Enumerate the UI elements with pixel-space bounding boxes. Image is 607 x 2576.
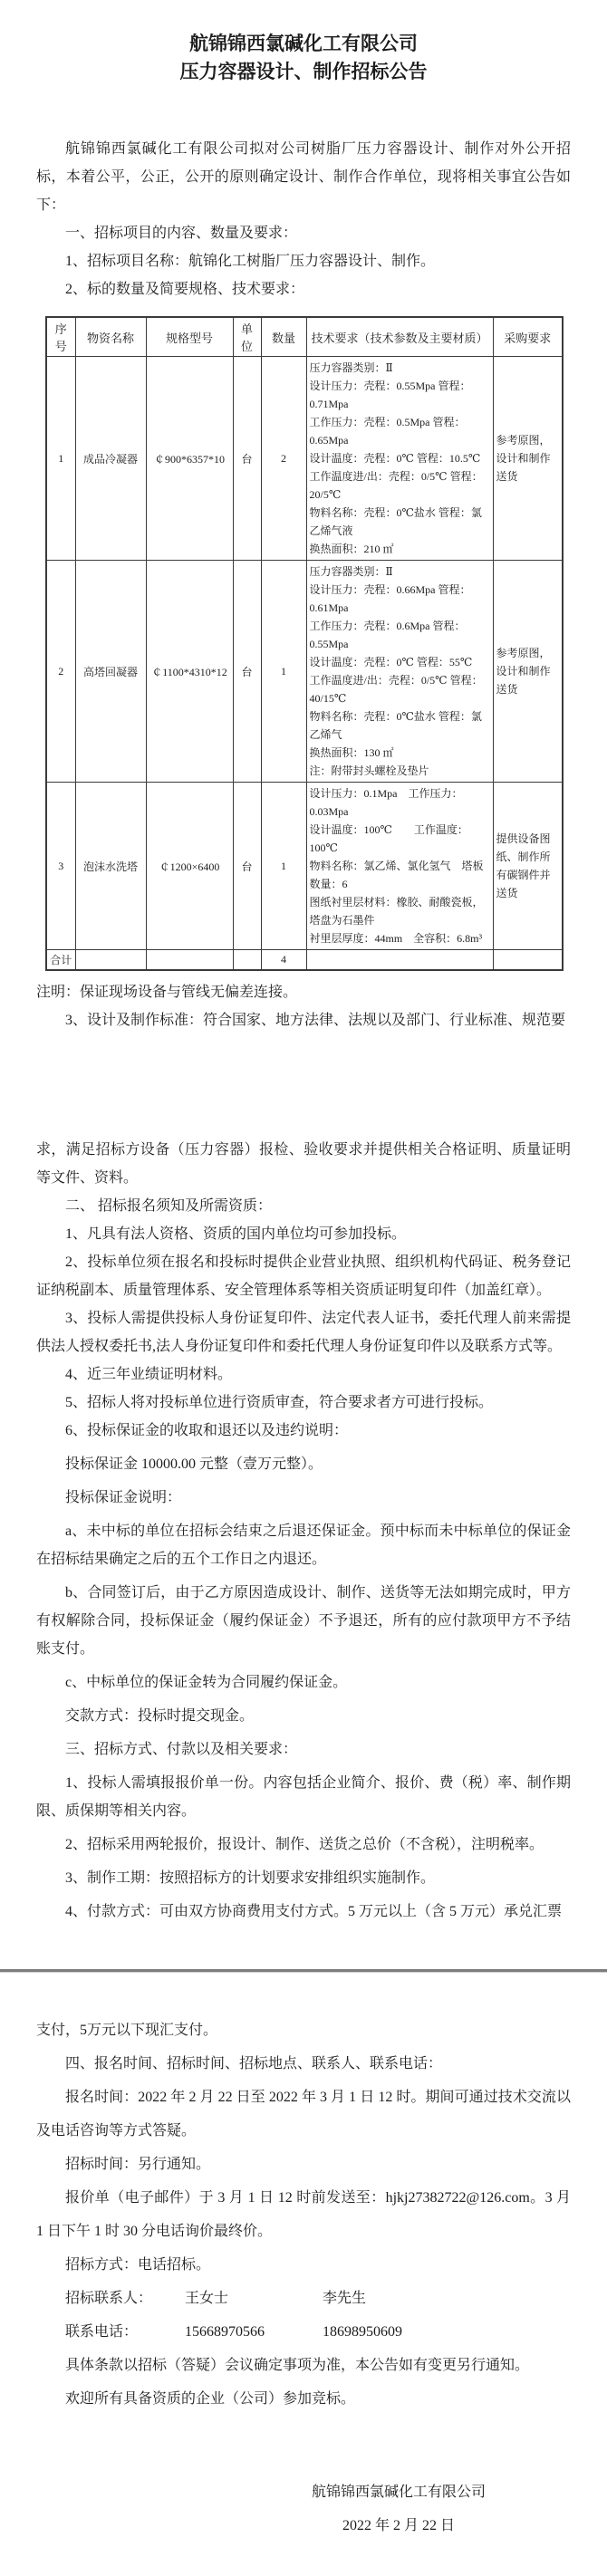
table-row-1: 1 成品冷凝器 ￠900*6357*10 台 2 压力容器类别：Ⅱ 设计压力：壳… [46,357,563,561]
para-qualification-4: 4、近三年业绩证明材料。 [0,1360,607,1389]
cell-total-label: 合计 [46,950,75,971]
table-header-row: 序号 物资名称 规格型号 单位 数量 技术要求（技术参数及主要材质） 采购要求 [46,317,563,357]
table-row-3: 3 泡沫水洗塔 ￠1200×6400 台 1 设计压力：0.1Mpa 工作压力：… [46,783,563,950]
cell-qty-1: 2 [261,357,306,561]
cell-material-1: 成品冷凝器 [75,357,146,561]
para-section3-heading: 三、招标方式、付款以及相关要求： [0,1735,607,1764]
contact-phone-1: 15668970566 [185,2315,323,2349]
col-header-tech: 技术要求（技术参数及主要材质） [306,317,493,357]
page-title-company: 航锦锦西氯碱化工有限公司 [0,0,607,58]
col-header-qty: 数量 [261,317,306,357]
signature-company: 航锦锦西氯碱化工有限公司 [208,2475,589,2509]
para-deposit-a: a、未中标的单位在招标会结束之后退还保证金。预中标而未中标单位的保证金在招标结果… [0,1517,607,1573]
contact-names-row: 招标联系人：王女士李先生 [0,2282,607,2315]
col-header-unit: 单位 [233,317,261,357]
cell-spec-1: ￠900*6357*10 [146,357,233,561]
col-header-purchase: 采购要求 [493,317,563,357]
spec-table: 序号 物资名称 规格型号 单位 数量 技术要求（技术参数及主要材质） 采购要求 … [45,316,564,971]
para-bid-time: 招标时间：另行通知。 [0,2148,607,2181]
para-project-name: 1、招标项目名称：航锦化工树脂厂压力容器设计、制作。 [0,247,607,275]
para-section1-heading: 一、招标项目的内容、数量及要求： [0,219,607,247]
cell-empty [233,950,261,971]
para-bidding-2: 2、招标采用两轮报价，报设计、制作、送货之总价（不含税），注明税率。 [0,1831,607,1859]
para-table-note: 注明：保证现场设备与管线无偏差连接。 [0,978,607,1006]
para-section2-heading: 二、 招标报名须知及所需资质： [0,1192,607,1220]
para-signup-time: 报名时间：2022 年 2 月 22 日至 2022 年 3 月 1 日 12 … [0,2081,607,2148]
para-qualification-5: 5、招标人将对投标单位进行资质审查，符合要求者方可进行投标。 [0,1389,607,1417]
contact-name-2: 李先生 [323,2291,366,2306]
para-qualification-1: 1、凡具有法人资格、资质的国内单位均可参加投标。 [0,1220,607,1248]
cell-total-qty: 4 [261,950,306,971]
page-3-section: 支付，5万元以下现汇支付。 四、报名时间、招标时间、招标地点、联系人、联系电话：… [0,1972,607,2542]
contact-phones-row: 联系电话：1566897056618698950609 [0,2315,607,2349]
page-title-subject: 压力容器设计、制作招标公告 [0,58,607,86]
cell-spec-2: ￠1100*4310*12 [146,561,233,783]
para-intro: 航锦锦西氯碱化工有限公司拟对公司树脂厂压力容器设计、制作对外公开招标，本着公平，… [0,135,607,219]
table-row-2: 2 高塔回凝器 ￠1100*4310*12 台 1 压力容器类别：Ⅱ 设计压力：… [46,561,563,783]
para-qualification-6: 6、投标保证金的收取和退还以及违约说明： [0,1417,607,1445]
cell-tech-3: 设计压力：0.1Mpa 工作压力：0.03Mpa 设计温度：100℃ 工作温度：… [306,783,493,950]
cell-unit-3: 台 [233,783,261,950]
tender-announcement-document: 航锦锦西氯碱化工有限公司 压力容器设计、制作招标公告 航锦锦西氯碱化工有限公司拟… [0,0,607,2542]
table-total-row: 合计 4 [46,950,563,971]
para-section4-heading: 四、报名时间、招标时间、招标地点、联系人、联系电话： [0,2047,607,2081]
cell-empty [146,950,233,971]
para-bidding-1: 1、投标人需填报报价单一份。内容包括企业简介、报价、费（税）率、制作期限、质保期… [0,1769,607,1825]
para-spec-intro: 2、标的数量及简要规格、技术要求： [0,275,607,303]
contact-names-label: 招标联系人： [65,2282,185,2315]
cell-seq-1: 1 [46,357,75,561]
cell-unit-2: 台 [233,561,261,783]
cell-seq-3: 3 [46,783,75,950]
para-design-standard: 3、设计及制作标准：符合国家、地方法律、法规以及部门、行业标准、规范要 [0,1006,607,1034]
cell-tech-1: 压力容器类别：Ⅱ 设计压力：壳程：0.55Mpa 管程：0.71Mpa 工作压力… [306,357,493,561]
cell-tech-2: 压力容器类别：Ⅱ 设计压力：壳程：0.66Mpa 管程：0.61Mpa 工作压力… [306,561,493,783]
para-qualification-3: 3、投标人需提供投标人身份证复印件、法定代表人证书，委托代理人前来需提供法人授权… [0,1304,607,1360]
para-deposit-b: b、合同签订后，由于乙方原因造成设计、制作、送货等无法如期完成时，甲方有权解除合… [0,1579,607,1663]
cell-qty-3: 1 [261,783,306,950]
contact-name-1: 王女士 [185,2282,323,2315]
cell-purchase-3: 提供设备图纸、制作所有碳钢件并送货 [493,783,563,950]
signature-block: 航锦锦西氯碱化工有限公司 2022 年 2 月 22 日 [208,2475,589,2542]
cell-material-3: 泡沫水洗塔 [75,783,146,950]
cell-seq-2: 2 [46,561,75,783]
para-deposit-amount: 投标保证金 10000.00 元整（壹万元整）。 [0,1450,607,1478]
para-bidding-3: 3、制作工期：按照招标方的计划要求安排组织实施制作。 [0,1864,607,1892]
cell-purchase-2: 参考原图，设计和制作送货 [493,561,563,783]
col-header-spec: 规格型号 [146,317,233,357]
signature-date: 2022 年 2 月 22 日 [208,2509,589,2542]
para-terms-note: 具体条款以招标（答疑）会议确定事项为准，本公告如有变更另行通知。 [0,2349,607,2382]
cell-spec-3: ￠1200×6400 [146,783,233,950]
para-bid-method: 招标方式：电话招标。 [0,2248,607,2282]
para-payment-method: 交款方式：投标时提交现金。 [0,1702,607,1730]
para-bidding-4-cont: 支付，5万元以下现汇支付。 [0,2014,607,2047]
page-break-gap [0,1034,607,1136]
col-header-seq: 序号 [46,317,75,357]
para-design-standard-cont: 求，满足招标方设备（压力容器）报检、验收要求并提供相关合格证明、质量证明等文件、… [0,1136,607,1192]
cell-empty [75,950,146,971]
para-quotation-email: 报价单（电子邮件）于 3 月 1 日 12 时前发送至：hjkj27382722… [0,2181,607,2248]
contact-phones-label: 联系电话： [65,2315,185,2349]
col-header-material: 物资名称 [75,317,146,357]
cell-unit-1: 台 [233,357,261,561]
cell-material-2: 高塔回凝器 [75,561,146,783]
cell-empty [493,950,563,971]
cell-empty [306,950,493,971]
para-qualification-2: 2、投标单位须在报名和投标时提供企业营业执照、组织机构代码证、税务登记证纳税副本… [0,1248,607,1304]
para-bidding-4: 4、付款方式：可由双方协商费用支付方式。5 万元以上（含 5 万元）承兑汇票 [0,1898,607,1926]
cell-purchase-1: 参考原图，设计和制作送货 [493,357,563,561]
contact-phone-2: 18698950609 [323,2324,402,2340]
para-deposit-c: c、中标单位的保证金转为合同履约保证金。 [0,1668,607,1697]
cell-qty-2: 1 [261,561,306,783]
para-deposit-note-heading: 投标保证金说明： [0,1484,607,1512]
para-welcome: 欢迎所有具备资质的企业（公司）参加竞标。 [0,2382,607,2416]
